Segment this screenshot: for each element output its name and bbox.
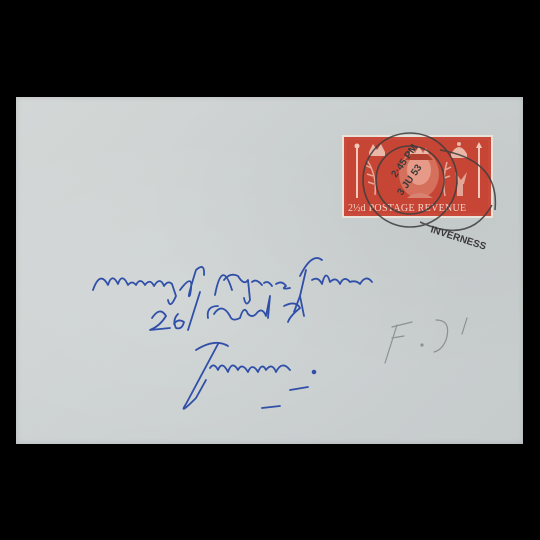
cancellation-and-handwriting: 2·45 PM 3 JU 53 INVERNESS: [0, 0, 540, 540]
handwritten-address: [93, 258, 372, 409]
postmark-place: INVERNESS: [429, 224, 488, 252]
postmark: [363, 133, 495, 230]
pencil-note: [385, 318, 467, 363]
